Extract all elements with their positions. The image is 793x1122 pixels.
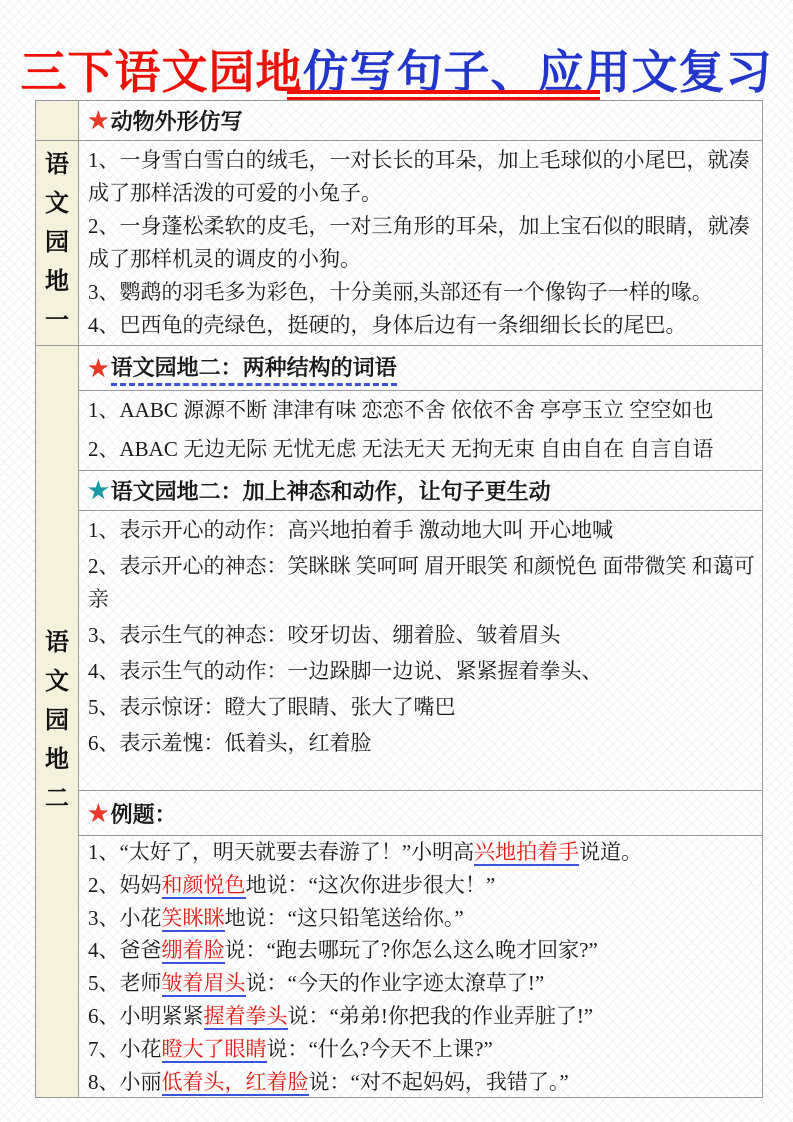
example-highlight: 绷着脸 bbox=[162, 938, 225, 964]
list-item: 4、巴西龟的壳绿色，挺硬的，身体后边有一条细细长长的尾巴。 bbox=[88, 309, 756, 342]
example-sentence: 3、小花笑眯眯地说：“这只铅笔送给你。” bbox=[88, 902, 756, 935]
example-pre: 3、小花 bbox=[88, 906, 162, 930]
section-header-words: ★ 语文园地二：两种结构的词语 bbox=[79, 346, 762, 391]
example-pre: 8、小丽 bbox=[88, 1070, 162, 1094]
example-highlight: 瞪大了眼睛 bbox=[162, 1037, 267, 1063]
example-post: 说：“跑去哪玩了?你怎么这么晚才回家?” bbox=[225, 938, 598, 962]
example-post: 说：“对不起妈妈，我错了。” bbox=[309, 1070, 569, 1094]
section-header-animal-label: 动物外形仿写 bbox=[111, 105, 243, 136]
section-header-examples-label: 例题： bbox=[111, 798, 177, 829]
example-sentence: 2、妈妈和颜悦色地说：“这次你进步很大！” bbox=[88, 869, 756, 902]
example-post: 说：“弟弟!你把我的作业弄脏了!” bbox=[288, 1004, 594, 1028]
sidebar-cell-unit1: 语文园地一 bbox=[36, 141, 79, 346]
example-pre: 2、妈妈 bbox=[88, 873, 162, 897]
sidebar-cell-unit2: 语文园地二 bbox=[36, 346, 79, 1097]
title-red-part: 三下语文园地 bbox=[21, 47, 303, 98]
example-post: 说道。 bbox=[579, 840, 642, 864]
example-highlight: 笑眯眯 bbox=[162, 906, 225, 932]
example-pre: 6、小明紧紧 bbox=[88, 1004, 204, 1028]
example-highlight: 低着头，红着脸 bbox=[162, 1070, 309, 1096]
list-item: 1、表示开心的动作：高兴地拍着手 激动地大叫 开心地喊 bbox=[88, 514, 756, 547]
review-table: 语文园地一 语文园地二 ★ 动物外形仿写 1、一身雪白雪白的绒毛，一对长长的耳朵… bbox=[35, 100, 763, 1098]
worksheet-page: 三下语文园地仿写句子、应用文复习 语文园地一 语文园地二 ★ 动物外形仿写 1、… bbox=[0, 0, 793, 1122]
example-sentence: 4、爸爸绷着脸说：“跑去哪玩了?你怎么这么晚才回家?” bbox=[88, 934, 756, 967]
list-item: 1、AABC 源源不断 津津有味 恋恋不舍 依依不舍 亭亭玉立 空空如也 bbox=[88, 391, 756, 430]
example-pre: 5、老师 bbox=[88, 971, 162, 995]
example-pre: 1、“太好了，明天就要去春游了！”小明高 bbox=[88, 840, 474, 864]
example-pre: 4、爸爸 bbox=[88, 938, 162, 962]
list-item: 2、一身蓬松柔软的皮毛，一对三角形的耳朵，加上宝石似的眼睛，就凑成了那样机灵的调… bbox=[88, 210, 756, 276]
section-header-vivid: ★ 语文园地二：加上神态和动作，让句子更生动 bbox=[79, 471, 762, 511]
sidebar-unit2-label: 语文园地二 bbox=[44, 624, 70, 819]
list-item: 6、表示羞愧：低着头，红着脸 bbox=[88, 727, 756, 760]
example-sentence: 7、小花瞪大了眼睛说：“什么?今天不上课?” bbox=[88, 1033, 756, 1066]
star-icon: ★ bbox=[88, 479, 109, 502]
example-highlight: 握着拳头 bbox=[204, 1004, 288, 1030]
example-post: 地说：“这只铅笔送给你。” bbox=[225, 906, 464, 930]
example-highlight: 皱着眉头 bbox=[162, 971, 246, 997]
example-sentence: 6、小明紧紧握着拳头说：“弟弟!你把我的作业弄脏了!” bbox=[88, 1000, 756, 1033]
list-item: 5、表示惊讶：瞪大了眼睛、张大了嘴巴 bbox=[88, 691, 756, 724]
section-header-animal: ★ 动物外形仿写 bbox=[79, 101, 762, 141]
sidebar-unit1-label: 语文园地一 bbox=[44, 146, 70, 341]
section-examples-content: 1、“太好了，明天就要去春游了！”小明高兴地拍着手说道。 2、妈妈和颜悦色地说：… bbox=[79, 836, 762, 1097]
list-item: 2、ABAC 无边无际 无忧无虑 无法无天 无拘无束 自由自在 自言自语 bbox=[88, 430, 756, 469]
star-icon: ★ bbox=[88, 357, 109, 380]
example-post: 地说：“这次你进步很大！” bbox=[246, 873, 496, 897]
example-highlight: 兴地拍着手 bbox=[474, 840, 579, 866]
example-pre: 7、小花 bbox=[88, 1037, 162, 1061]
list-item: 3、表示生气的神态：咬牙切齿、绷着脸、皱着眉头 bbox=[88, 619, 756, 652]
list-item: 3、鹦鹉的羽毛多为彩色，十分美丽,头部还有一个像钩子一样的喙。 bbox=[88, 276, 756, 309]
section-header-words-label: 语文园地二：两种结构的词语 bbox=[111, 351, 397, 386]
star-icon: ★ bbox=[88, 109, 109, 132]
example-sentence: 1、“太好了，明天就要去春游了！”小明高兴地拍着手说道。 bbox=[88, 836, 756, 869]
list-item: 4、表示生气的动作：一边跺脚一边说、紧紧握着拳头、 bbox=[88, 655, 756, 688]
example-post: 说：“什么?今天不上课?” bbox=[267, 1037, 493, 1061]
list-item: 2、表示开心的神态：笑眯眯 笑呵呵 眉开眼笑 和颜悦色 面带微笑 和蔼可亲 bbox=[88, 550, 756, 616]
list-item: 1、一身雪白雪白的绒毛，一对长长的耳朵，加上毛球似的小尾巴，就凑成了那样活泼的可… bbox=[88, 144, 756, 210]
section-header-vivid-label: 语文园地二：加上神态和动作，让句子更生动 bbox=[111, 475, 551, 506]
star-icon: ★ bbox=[88, 802, 109, 825]
example-post: 说：“今天的作业字迹太潦草了!” bbox=[246, 971, 545, 995]
section-header-examples: ★ 例题： bbox=[79, 791, 762, 836]
example-sentence: 8、小丽低着头，红着脸说：“对不起妈妈，我错了。” bbox=[88, 1066, 756, 1097]
section-vivid-content: 1、表示开心的动作：高兴地拍着手 激动地大叫 开心地喊 2、表示开心的神态：笑眯… bbox=[79, 511, 762, 791]
section-words-content: 1、AABC 源源不断 津津有味 恋恋不舍 依依不舍 亭亭玉立 空空如也 2、A… bbox=[79, 391, 762, 471]
example-highlight: 和颜悦色 bbox=[162, 873, 246, 899]
example-sentence: 5、老师皱着眉头说：“今天的作业字迹太潦草了!” bbox=[88, 967, 756, 1000]
section-animal-content: 1、一身雪白雪白的绒毛，一对长长的耳朵，加上毛球似的小尾巴，就凑成了那样活泼的可… bbox=[79, 141, 762, 346]
sidebar-cell-empty bbox=[36, 101, 79, 141]
